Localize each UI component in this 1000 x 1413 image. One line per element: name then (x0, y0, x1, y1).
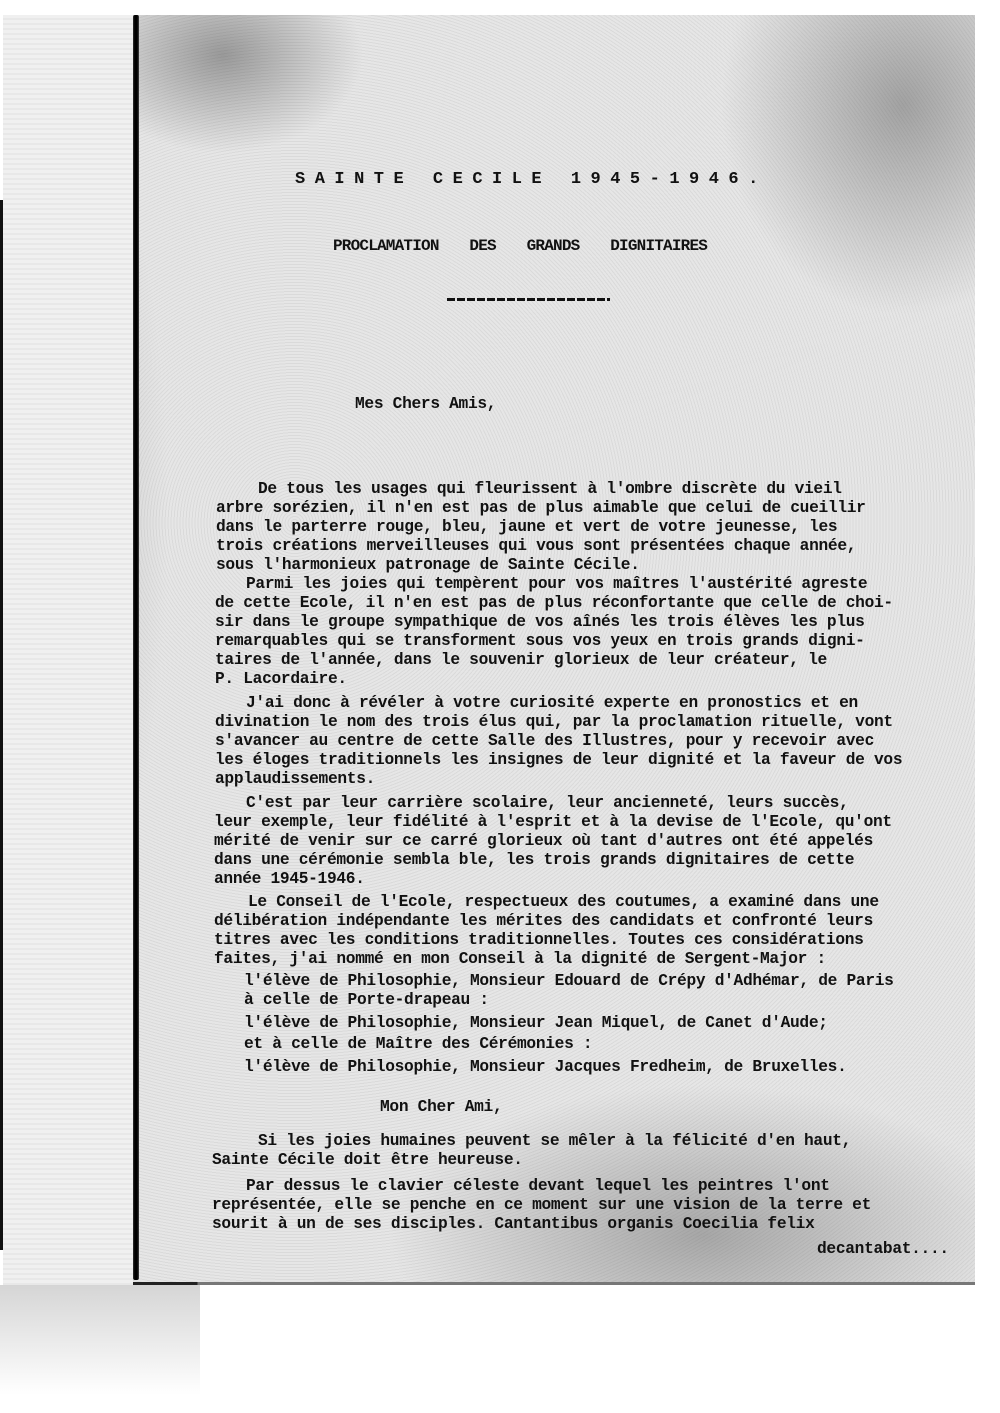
paragraph-5-line-2: délibération indépendante les mérites de… (214, 912, 873, 930)
paragraph-4-line-4: dans une cérémonie sembla ble, les trois… (214, 851, 854, 869)
paragraph-3-line-3: s'avancer au centre de cette Salle des I… (215, 732, 874, 750)
salutation: Mes Chers Amis, (355, 395, 496, 413)
final-word: decantabat.... (817, 1240, 949, 1258)
paragraph-1-line-1: De tous les usages qui fleurissent à l'o… (258, 480, 842, 498)
document-subtitle: PROCLAMATION DES GRANDS DIGNITAIRES (333, 237, 707, 255)
paragraph-2-line-4: remarquables qui se transforment sous vo… (215, 632, 865, 650)
appointment-porte-drapeau: l'élève de Philosophie, Monsieur Jean Mi… (244, 1014, 828, 1032)
paragraph-4-line-2: leur exemple, leur fidélité à l'esprit e… (214, 813, 892, 831)
paragraph-3-line-5: applaudissements. (215, 770, 375, 788)
appointment-porte-drapeau-title: à celle de Porte-drapeau : (244, 991, 489, 1009)
paragraph-3-line-1: J'ai donc à révéler à votre curiosité ex… (246, 694, 858, 712)
paragraph-2-line-6: P. Lacordaire. (215, 670, 347, 688)
closing-2-line-1: Par dessus le clavier céleste devant leq… (246, 1177, 830, 1195)
paragraph-2-line-1: Parmi les joies qui tempèrent pour vos m… (246, 575, 867, 593)
paragraph-1-line-5: sous l'harmonieux patronage de Sainte Cé… (216, 556, 640, 574)
paragraph-2-line-3: sir dans le groupe sympathique de vos aî… (215, 613, 865, 631)
appointment-maitre-ceremonies-title: et à celle de Maître des Cérémonies : (244, 1035, 592, 1053)
paragraph-4-line-1: C'est par leur carrière scolaire, leur a… (246, 794, 849, 812)
closing-2-line-2: représentée, elle se penche en ce moment… (212, 1196, 871, 1214)
paragraph-5-line-4: faites, j'ai nommé en mon Conseil à la d… (214, 950, 826, 968)
paragraph-1-line-4: trois créations merveilleuses qui vous s… (216, 537, 856, 555)
paragraph-5-line-1: Le Conseil de l'Ecole, respectueux des c… (248, 893, 879, 911)
appointment-maitre-ceremonies: l'élève de Philosophie, Monsieur Jacques… (244, 1058, 847, 1076)
closing-2-line-3: sourit à un de ses disciples. Cantantibu… (212, 1215, 815, 1233)
paragraph-3-line-4: les éloges traditionnels les insignes de… (215, 751, 902, 769)
paragraph-3-line-2: divination le nom des trois élus qui, pa… (215, 713, 893, 731)
document-body: SAINTE CECILE 1945-1946. PROCLAMATION DE… (0, 0, 1000, 1413)
separator-rule (447, 298, 610, 301)
paragraph-1-line-3: dans le parterre rouge, bleu, jaune et v… (216, 518, 837, 536)
closing-1-line-2: Sainte Cécile doit être heureuse. (212, 1151, 523, 1169)
salutation-2: Mon Cher Ami, (380, 1098, 502, 1116)
paragraph-1-line-2: arbre sorézien, il n'en est pas de plus … (216, 499, 866, 517)
paragraph-4-line-3: mérité de venir sur ce carré glorieux où… (214, 832, 873, 850)
paragraph-4-line-5: année 1945-1946. (214, 870, 365, 888)
document-title: SAINTE CECILE 1945-1946. (295, 170, 768, 189)
closing-1-line-1: Si les joies humaines peuvent se mêler à… (258, 1132, 851, 1150)
paragraph-2-line-5: taires de l'année, dans le souvenir glor… (215, 651, 827, 669)
paragraph-5-line-3: titres avec les conditions traditionnell… (214, 931, 864, 949)
paragraph-2-line-2: de cette Ecole, il n'en est pas de plus … (215, 594, 893, 612)
appointment-sergent-major: l'élève de Philosophie, Monsieur Edouard… (244, 972, 894, 990)
